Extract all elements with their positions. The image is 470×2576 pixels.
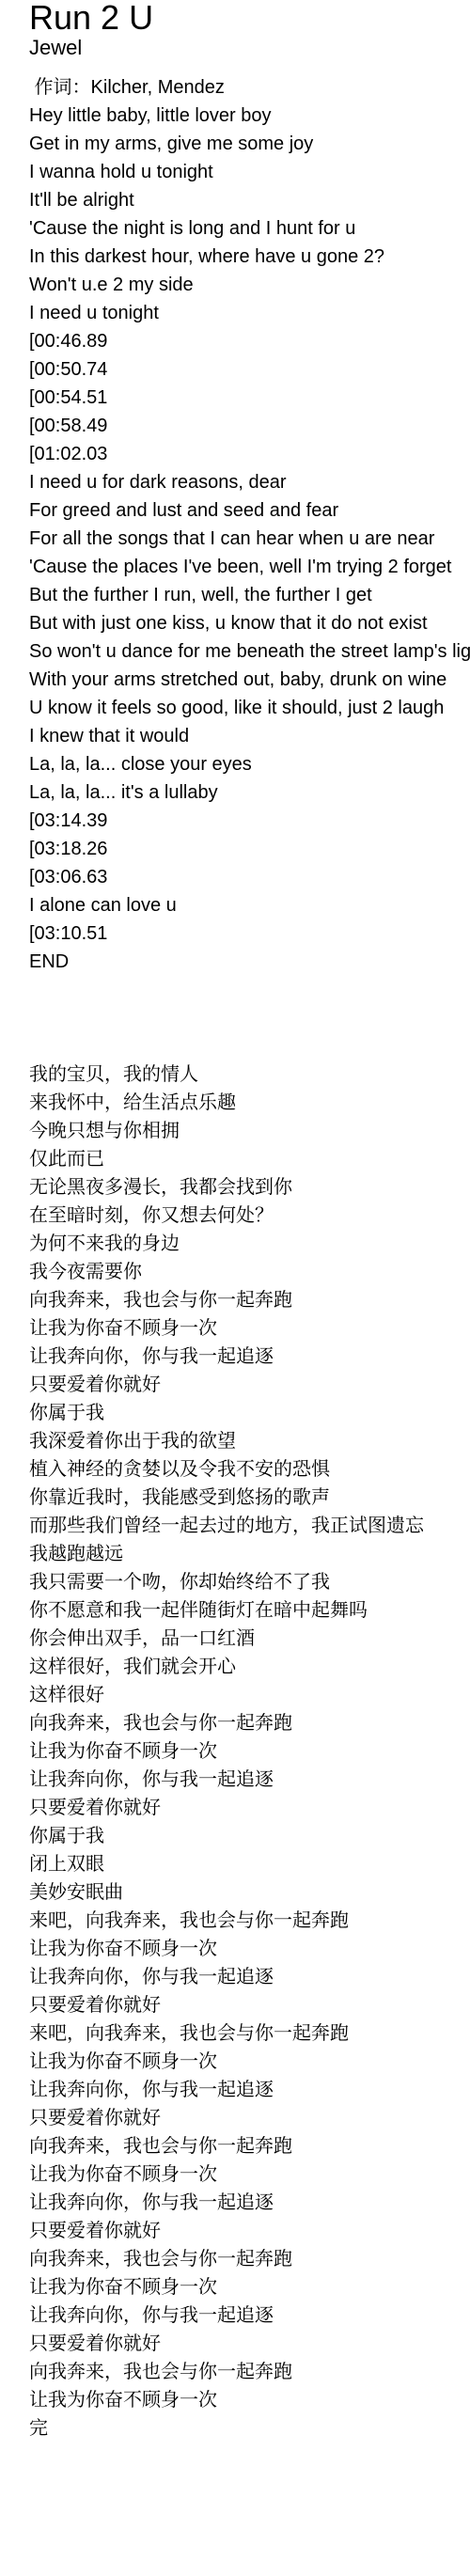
lyric-line-zh: 完 [29, 2414, 470, 2442]
lyric-line-zh: 这样很好，我们就会开心 [29, 1653, 470, 1681]
lyric-line-en: Hey little baby, little lover boy [29, 102, 470, 130]
lyric-line-zh: 你不愿意和我一起伴随街灯在暗中起舞吗 [29, 1596, 470, 1625]
lyric-line-en: I wanna hold u tonight [29, 158, 470, 186]
lyric-line-zh: 只要爱着你就好 [29, 2330, 470, 2358]
lyric-line-zh: 只要爱着你就好 [29, 2104, 470, 2132]
lyric-line-zh: 让我奔向你，你与我一起追逐 [29, 1963, 470, 1991]
lyric-line-zh: 来吧，向我奔来，我也会与你一起奔跑 [29, 1907, 470, 1935]
lyric-line-zh: 让我奔向你，你与我一起追逐 [29, 2189, 470, 2217]
lyric-line-en: U know it feels so good, like it should,… [29, 694, 470, 722]
song-title: Run 2 U [29, 0, 470, 36]
lyric-line-zh: 为何不来我的身边 [29, 1230, 470, 1258]
lyric-line-en: 作词：Kilcher, Mendez [29, 73, 470, 102]
lyric-line-en: [03:14.39 [29, 807, 470, 835]
lyrics-page: { "song": { "title": "Run 2 U", "artist"… [0, 0, 470, 2576]
lyric-line-zh: 让我奔向你，你与我一起追逐 [29, 1343, 470, 1371]
lyric-line-zh: 你属于我 [29, 1822, 470, 1850]
lyric-line-en: [03:06.63 [29, 863, 470, 891]
lyrics-english-block: 作词：Kilcher, MendezHey little baby, littl… [29, 73, 470, 976]
lyric-line-en: END [29, 948, 470, 976]
lyric-line-en: With your arms stretched out, baby, drun… [29, 666, 470, 694]
lyric-line-zh: 你会伸出双手，品一口红酒 [29, 1625, 470, 1653]
lyric-line-zh: 让我为你奋不顾身一次 [29, 2273, 470, 2301]
lyric-line-en: [03:18.26 [29, 835, 470, 863]
lyric-line-zh: 向我奔来，我也会与你一起奔跑 [29, 2358, 470, 2386]
lyric-line-en: [01:02.03 [29, 440, 470, 468]
lyric-line-en: But with just one kiss, u know that it d… [29, 609, 470, 637]
lyric-line-zh: 来我怀中，给生活点乐趣 [29, 1089, 470, 1117]
lyric-line-zh: 植入神经的贪婪以及令我不安的恐惧 [29, 1455, 470, 1484]
lyric-line-zh: 闭上双眼 [29, 1850, 470, 1878]
artist-name: Jewel [29, 36, 470, 60]
lyric-line-zh: 这样很好 [29, 1681, 470, 1709]
lyric-line-zh: 只要爱着你就好 [29, 1371, 470, 1399]
lyric-line-zh: 向我奔来，我也会与你一起奔跑 [29, 2245, 470, 2273]
lyric-line-zh: 让我为你奋不顾身一次 [29, 2160, 470, 2189]
lyric-line-en: I need u for dark reasons, dear [29, 468, 470, 496]
lyric-line-zh: 我深爱着你出于我的欲望 [29, 1427, 470, 1455]
lyric-line-zh: 而那些我们曾经一起去过的地方，我正试图遗忘 [29, 1512, 470, 1540]
lyric-line-zh: 向我奔来，我也会与你一起奔跑 [29, 1709, 470, 1737]
lyric-line-zh: 你属于我 [29, 1399, 470, 1427]
lyric-line-zh: 我今夜需要你 [29, 1258, 470, 1286]
lyric-line-en: La, la, la... it's a lullaby [29, 778, 470, 807]
lyric-line-zh: 只要爱着你就好 [29, 2217, 470, 2245]
lyric-line-zh: 让我奔向你，你与我一起追逐 [29, 1766, 470, 1794]
lyric-line-en: It'll be alright [29, 186, 470, 214]
lyric-line-zh: 让我为你奋不顾身一次 [29, 2048, 470, 2076]
lyric-line-zh: 美妙安眠曲 [29, 1878, 470, 1907]
lyric-line-zh: 我越跑越远 [29, 1540, 470, 1568]
lyric-line-en: La, la, la... close your eyes [29, 750, 470, 778]
lyric-line-en: [00:54.51 [29, 384, 470, 412]
lyric-line-zh: 仅此而已 [29, 1145, 470, 1173]
lyric-line-en: I need u tonight [29, 299, 470, 327]
lyric-line-zh: 只要爱着你就好 [29, 1991, 470, 2019]
lyric-line-en: [00:58.49 [29, 412, 470, 440]
lyric-line-en: I knew that it would [29, 722, 470, 750]
lyric-line-en: [00:46.89 [29, 327, 470, 355]
lyric-line-zh: 让我为你奋不顾身一次 [29, 1737, 470, 1766]
lyric-line-zh: 你靠近我时，我能感受到悠扬的歌声 [29, 1484, 470, 1512]
lyric-line-en: Get in my arms, give me some joy [29, 130, 470, 158]
lyric-line-zh: 在至暗时刻，你又想去何处？ [29, 1202, 470, 1230]
lyric-line-zh: 只要爱着你就好 [29, 1794, 470, 1822]
lyric-line-en: But the further I run, well, the further… [29, 581, 470, 609]
lyrics-chinese-block: 我的宝贝，我的情人来我怀中，给生活点乐趣今晚只想与你相拥仅此而已无论黑夜多漫长，… [29, 1060, 470, 2442]
lyric-line-en: [00:50.74 [29, 355, 470, 384]
lyric-line-en: So won't u dance for me beneath the stre… [29, 637, 470, 666]
lyric-line-zh: 向我奔来，我也会与你一起奔跑 [29, 1286, 470, 1314]
lyric-line-zh: 让我奔向你，你与我一起追逐 [29, 2076, 470, 2104]
lyric-line-en: For greed and lust and seed and fear [29, 496, 470, 525]
lyric-line-en: 'Cause the night is long and I hunt for … [29, 214, 470, 243]
lyric-line-zh: 我只需要一个吻，你却始终给不了我 [29, 1568, 470, 1596]
lyric-line-zh: 来吧，向我奔来，我也会与你一起奔跑 [29, 2019, 470, 2048]
lyrics-container: Run 2 U Jewel 作词：Kilcher, MendezHey litt… [0, 0, 470, 2442]
lyric-line-zh: 让我为你奋不顾身一次 [29, 2386, 470, 2414]
lyric-line-en: For all the songs that I can hear when u… [29, 525, 470, 553]
lyric-line-en: In this darkest hour, where have u gone … [29, 243, 470, 271]
lyric-line-en: I alone can love u [29, 891, 470, 919]
lyric-line-zh: 向我奔来，我也会与你一起奔跑 [29, 2132, 470, 2160]
lyric-line-zh: 我的宝贝，我的情人 [29, 1060, 470, 1089]
lyric-line-en: [03:10.51 [29, 919, 470, 948]
lyric-line-zh: 让我为你奋不顾身一次 [29, 1935, 470, 1963]
lyric-line-en: 'Cause the places I've been, well I'm tr… [29, 553, 470, 581]
lyric-line-zh: 无论黑夜多漫长，我都会找到你 [29, 1173, 470, 1202]
lyric-line-zh: 让我奔向你，你与我一起追逐 [29, 2301, 470, 2330]
lyric-line-zh: 让我为你奋不顾身一次 [29, 1314, 470, 1343]
lyric-line-en: Won't u.e 2 my side [29, 271, 470, 299]
lyric-line-zh: 今晚只想与你相拥 [29, 1117, 470, 1145]
